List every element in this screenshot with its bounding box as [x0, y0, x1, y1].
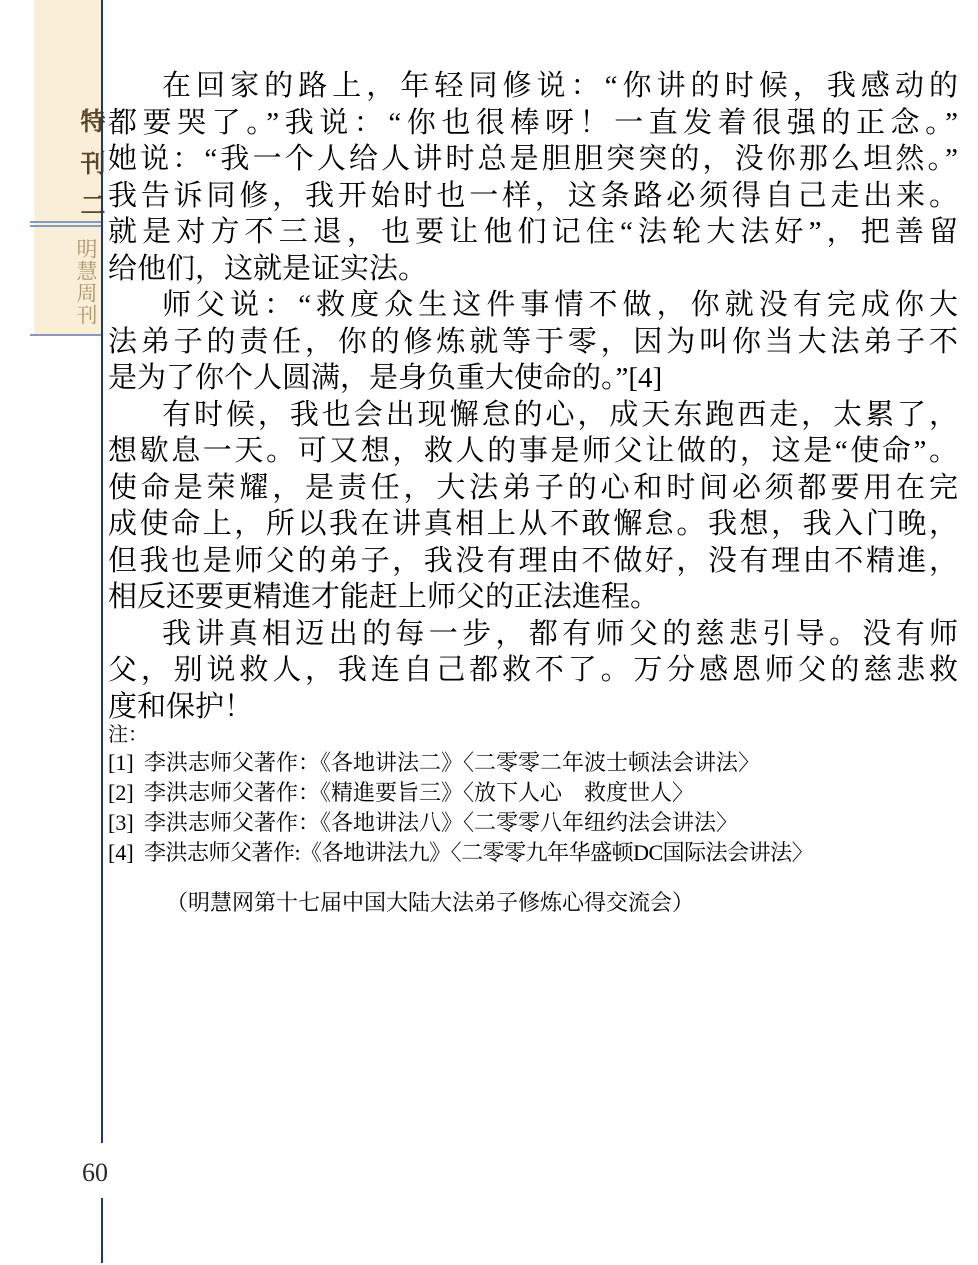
sidebar-bottom-line	[30, 334, 101, 336]
note-text: 李洪志师父著作：《各地讲法八》〈二零零八年纽约法会讲法〉	[144, 808, 738, 838]
vertical-rule-bottom	[101, 1198, 103, 1263]
body-line: 使命是荣耀，是责任，大法弟子的心和时间必须都要用在完	[108, 470, 958, 507]
note-text: 李洪志师父著作：《各地讲法二》〈二零零二年波士顿法会讲法〉	[144, 748, 760, 778]
body-line: 成使命上，所以我在讲真相上从不敢懈怠。我想，我入门晚，	[108, 506, 958, 543]
body-line: 有时候，我也会出现懈怠的心，成天东跑西走，太累了，	[108, 397, 958, 434]
body-line: 她说：“我一个人给人讲时总是胆胆突突的，没你那么坦然。”	[108, 141, 958, 178]
notes-label: 注：	[108, 722, 970, 748]
body-line: 我讲真相迈出的每一步，都有师父的慈悲引导。没有师	[108, 616, 958, 653]
note-marker: [3]	[108, 808, 144, 838]
note-text: 李洪志师父著作:《各地讲法九》〈二零零九年华盛顿DC国际法会讲法〉	[144, 838, 813, 868]
body-line: 父，别说救人，我连自己都救不了。万分感恩师父的慈悲救	[108, 652, 958, 689]
vertical-rule-top	[101, 0, 103, 1143]
article-body: 在回家的路上，年轻同修说：“你讲的时候，我感动的 都要哭了。”我说：“你也很棒呀…	[108, 68, 958, 725]
note-marker: [4]	[108, 838, 144, 868]
sidebar-divider	[30, 221, 101, 227]
note-text: 李洪志师父著作：《精進要旨三》〈放下人心 救度世人〉	[144, 778, 694, 808]
page-number: 60	[82, 1158, 108, 1188]
body-line: 想歇息一天。可又想，救人的事是师父让做的，这是“使命”。	[108, 433, 958, 470]
closing-attribution: （明慧网第十七届中国大陆大法弟子修炼心得交流会）	[108, 888, 970, 918]
note-marker: [1]	[108, 748, 144, 778]
note-item: [3] 李洪志师父著作：《各地讲法八》〈二零零八年纽约法会讲法〉	[108, 808, 970, 838]
body-line: 在回家的路上，年轻同修说：“你讲的时候，我感动的	[108, 68, 958, 105]
body-line: 给他们，这就是证实法。	[108, 251, 958, 288]
note-item: [1] 李洪志师父著作：《各地讲法二》〈二零零二年波士顿法会讲法〉	[108, 748, 970, 778]
body-line: 是为了你个人圆满，是身负重大使命的。”[4]	[108, 360, 958, 397]
body-line: 就是对方不三退，也要让他们记住“法轮大法好”，把善留	[108, 214, 958, 251]
notes-section: 注： [1] 李洪志师父著作：《各地讲法二》〈二零零二年波士顿法会讲法〉 [2]…	[108, 722, 970, 918]
note-item: [2] 李洪志师父著作：《精進要旨三》〈放下人心 救度世人〉	[108, 778, 970, 808]
body-line: 度和保护！	[108, 689, 958, 726]
body-line: 我告诉同修，我开始时也一样，这条路必须得自己走出来。	[108, 178, 958, 215]
note-marker: [2]	[108, 778, 144, 808]
body-line: 但我也是师父的弟子，我没有理由不做好，没有理由不精進，	[108, 543, 958, 580]
note-item: [4] 李洪志师父著作:《各地讲法九》〈二零零九年华盛顿DC国际法会讲法〉	[108, 838, 970, 868]
body-line: 都要哭了。”我说：“你也很棒呀！一直发着很强的正念。”	[108, 105, 958, 142]
body-line: 师父说：“救度众生这件事情不做，你就没有完成你大	[108, 287, 958, 324]
body-line: 法弟子的责任，你的修炼就等于零，因为叫你当大法弟子不	[108, 324, 958, 361]
journal-label: 明慧周刊	[71, 238, 101, 326]
body-line: 相反还要更精進才能赶上师父的正法進程。	[108, 579, 958, 616]
